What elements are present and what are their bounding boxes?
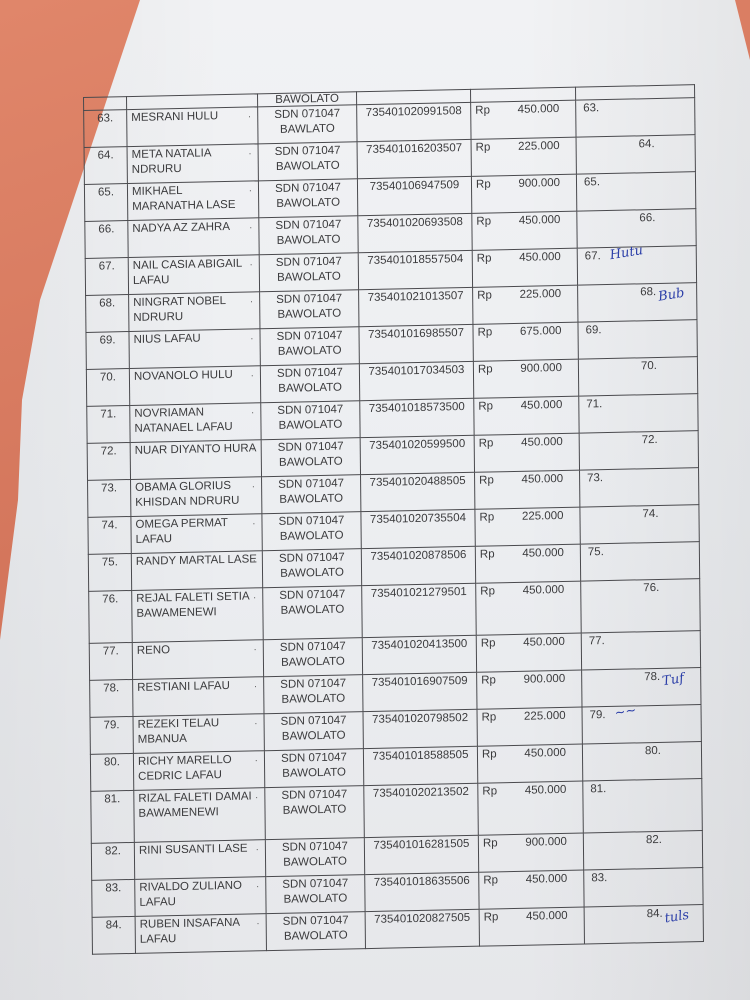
cell-no: 69. [86,332,129,370]
cell-account: 735401017034503 [359,361,473,400]
school-location: BAWOLATO [271,928,361,945]
signature-number: 81. [587,782,606,797]
cell-no: 79. [90,716,133,754]
signature-number: 77. [586,634,605,649]
cell-name: NAIL CASIA ABIGAIL LAFAU· [128,255,259,295]
student-name: NOVRIAMAN NATANAEL LAFAU [134,406,233,434]
amount-value: 225.000 [502,139,560,155]
signature-number: 80. [587,744,661,761]
cell-account: 73540106947509 [357,176,471,215]
school-location: BAWOLATO [267,565,357,582]
currency-label: Rp [482,710,508,726]
cell-school: SDN 071047BAWOLATO [261,401,360,440]
cell-account: 735401020488505 [361,472,475,511]
cell-no: 66. [85,221,128,259]
cell-name: RUBEN INSAFANA LAFAU· [135,914,266,954]
signature-number: 84. [589,907,663,924]
signature-number: 68. [582,285,656,302]
signature-number: 75. [585,545,604,560]
cell-signature: 72. [579,431,698,470]
cell-school: SDN 071047BAWOLATO [259,253,358,292]
cell-account: 735401020991508 [357,102,471,141]
cell-name: RENO· [132,640,263,680]
student-name: RIVALDO ZULIANO LAFAU [139,880,242,909]
signature-number: 65. [581,175,600,190]
cell-amount: Rp225.000 [473,285,578,324]
student-name: NADYA AZ ZAHRA [132,221,230,235]
cell-name: MIKHAEL MARANATHA LASE· [127,181,258,221]
amount-value: 450.000 [508,783,566,799]
cell-signature: 81. [583,779,703,833]
cell-signature: 73. [580,468,699,507]
school-location: BAWOLATO [266,454,356,471]
mark-dot: · [255,753,259,768]
cell-school: SDN 071047BAWOLATO [265,838,364,877]
cell-name: NOVANOLO HULU· [129,366,260,406]
signature-number: 67. [582,249,601,264]
amount-value: 450.000 [507,635,565,651]
cell-no: 73. [88,480,131,518]
cell-no: 77. [89,642,132,680]
cell-school: SDN 071047BAWOLATO [263,638,362,677]
cell-account: 735401020693508 [358,213,472,252]
currency-label: Rp [477,325,503,341]
mark-dot: · [249,220,253,235]
cell-school: SDN 071047BAWLATO [258,105,357,144]
amount-value: 450.000 [506,546,564,562]
mark-dot: · [251,368,255,383]
student-name: RINI SUSANTI LASE [139,843,248,857]
cell-name: OMEGA PERMAT LAFAU· [131,514,262,554]
amount-value: 450.000 [504,398,562,414]
student-name: META NATALIA NDRURU [132,147,211,176]
cell-amount: Rp450.000 [476,581,582,635]
roster-table-container: BAWOLATO 63.MESRANI HULU·SDN 071047BAWLA… [83,84,704,955]
school-location: BAWOLATO [263,232,353,249]
cell-school: SDN 071047BAWOLATO [258,179,357,218]
student-name: RESTIANI LAFAU [137,680,230,694]
cell-school: SDN 071047BAWOLATO [262,512,361,551]
school-location: BAWOLATO [263,158,353,175]
student-name: MESRANI HULU [131,110,218,124]
signature-number: 72. [584,433,658,450]
mark-dot: · [250,294,254,309]
student-name: OMEGA PERMAT LAFAU [135,517,227,546]
cell-no: 78. [90,679,133,717]
cell-amount: Rp450.000 [479,870,584,909]
cell-name: NIUS LAFAU· [129,329,260,369]
signature-number: 79. [587,708,606,723]
cell-account: 735401016985507 [359,324,473,363]
cell-name: RIZAL FALETI DAMAI BAWAMENEWI· [134,788,266,843]
amount-value: 900.000 [504,361,562,377]
school-location: BAWOLATO [268,654,358,671]
amount-value: 225.000 [508,709,566,725]
student-name: NUAR DIYANTO HURA [135,442,257,457]
amount-value: 900.000 [502,176,560,192]
cell-account: 735401016907509 [363,672,477,711]
cell-no: 83. [92,879,135,917]
cell-signature: 82. [583,831,702,870]
signature-number: 66. [581,211,655,228]
cell-signature: 65. [576,172,695,211]
cell-no: 82. [91,842,134,880]
currency-label: Rp [476,214,502,230]
school-location: BAWOLATO [265,417,355,434]
school-location: BAWOLATO [265,380,355,397]
handwritten-signature: tuls [664,908,690,927]
cell-school: SDN 071047BAWOLATO [266,875,365,914]
cell-name: RINI SUSANTI LASE· [134,840,265,880]
signature-number: 70. [583,359,657,376]
student-name: REJAL FALETI SETIA BAWAMENEWI [136,591,249,620]
mark-dot: · [252,479,256,494]
cell-school: SDN 071047BAWOLATO [260,290,359,329]
cell-account: 735401021013507 [359,287,473,326]
cell-account: 735401018635506 [365,872,479,911]
amount-value: 900.000 [509,835,567,851]
cell-account: 735401020798502 [363,709,477,748]
cell-school: SDN 071047BAWOLATO [266,912,365,951]
cell-signature: 84.tuls [584,905,703,944]
currency-label: Rp [481,636,507,652]
signature-number: 74. [584,507,658,524]
cell-no: 71. [87,406,130,444]
cell-amount: Rp900.000 [473,359,578,398]
mark-dot: · [251,442,255,457]
cell-amount: Rp900.000 [471,174,576,213]
cell-name: RICHY MARELLO CEDRIC LAFAU· [133,751,264,791]
amount-value: 450.000 [503,250,561,266]
mark-dot: · [256,842,260,857]
student-name: RENO [137,644,170,657]
cell-no: 72. [87,443,130,481]
cell-amount: Rp675.000 [473,322,578,361]
currency-label: Rp [483,836,509,852]
signature-number: 71. [583,397,602,412]
school-location: BAWOLATO [264,269,354,286]
school-location: BAWOLATO [269,728,359,745]
cell-amount: Rp450.000 [475,544,580,583]
mark-dot: · [248,109,252,124]
cell-no: 84. [92,916,135,954]
mark-dot: · [255,790,259,805]
cell-no: 76. [89,590,133,643]
cell-account: 735401018573500 [360,398,474,437]
cell-account: 735401016203507 [357,139,471,178]
student-name: NAIL CASIA ABIGAIL LAFAU [133,258,242,287]
cell-school: SDN 071047BAWOLATO [262,475,361,514]
school-location: BAWOLATO [267,602,357,619]
cell-school: SDN 071047BAWOLATO [264,712,363,751]
school-location: BAWOLATO [269,765,359,782]
signature-number: 83. [588,871,607,886]
cell-amount: Rp450.000 [474,396,579,435]
amount-value: 450.000 [509,872,567,888]
signature-number: 69. [582,323,601,338]
cell-amount: Rp450.000 [477,744,582,783]
school-location: BAWOLATO [267,528,357,545]
cell-school: SDN 071047BAWOLATO [261,438,360,477]
student-name: RANDY MARTAL LASE [136,553,257,568]
amount-value: 450.000 [508,746,566,762]
mark-dot: · [252,516,256,531]
cell-name: REZEKI TELAU MBANUA· [133,714,264,754]
signature-number: 82. [588,833,662,850]
amount-value: 225.000 [505,509,563,525]
cell-amount: Rp900.000 [477,670,582,709]
cell-signature: 69. [578,320,697,359]
student-name: OBAMA GLORIUS KHISDAN NDRURU [135,480,239,509]
signature-number: 63. [580,101,599,116]
mark-dot: · [251,405,255,420]
cell-no: 70. [86,369,129,407]
cell-signature: 67.Hutu [577,246,696,285]
cell-signature: 77. [581,631,700,670]
cell-school: SDN 071047BAWOLATO [258,142,357,181]
currency-label: Rp [476,140,502,156]
currency-label: Rp [482,747,508,763]
school-location: BAWOLATO [265,343,355,360]
cell-signature: 74. [580,505,699,544]
cell-name: RIVALDO ZULIANO LAFAU· [135,877,266,917]
currency-label: Rp [483,873,509,889]
amount-value: 450.000 [505,472,563,488]
mark-dot: · [248,146,252,161]
cell-amount: Rp450.000 [476,633,581,672]
cell-no: 65. [84,184,127,222]
cell-amount: Rp450.000 [475,470,580,509]
currency-label: Rp [481,673,507,689]
cell-account: 735401018557504 [358,250,472,289]
cell-no: 80. [90,753,133,791]
cell-name: NADYA AZ ZAHRA· [128,218,259,258]
cell-name: REJAL FALETI SETIA BAWAMENEWI· [132,588,264,643]
cell-account: 735401020213502 [364,783,479,837]
cell-signature: 63. [576,98,695,137]
cell-signature: 70. [578,357,697,396]
currency-label: Rp [477,251,503,267]
cell-amount: Rp450.000 [472,211,577,250]
student-name: RUBEN INSAFANA LAFAU [140,917,240,946]
cell-account: 735401021279501 [362,583,477,637]
cell-no: 64. [84,147,127,185]
cell-no: 68. [86,295,129,333]
cell-no [84,97,127,111]
school-location: BAWOLATO [263,195,353,212]
cell-account: 735401020827505 [365,909,479,948]
cell-amount: Rp225.000 [471,137,576,176]
cell-school: SDN 071047BAWOLATO [263,586,363,640]
school-location: BAWOLATO [270,891,360,908]
signature-number: 78. [586,670,660,687]
amount-value: 225.000 [503,287,561,303]
cell-name: META NATALIA NDRURU· [127,144,258,184]
school-location: BAWOLATO [270,854,360,871]
cell-school: SDN 071047BAWOLATO [259,216,358,255]
currency-label: Rp [479,510,505,526]
amount-value: 450.000 [505,435,563,451]
cell-account: 735401018588505 [363,746,477,785]
currency-label: Rp [476,177,502,193]
currency-label: Rp [480,584,506,600]
cell-signature: 71. [579,394,698,433]
mark-dot: · [256,916,260,931]
amount-value: 450.000 [502,213,560,229]
cell-signature: 79.~~ [582,705,701,744]
cell-signature: 75. [580,542,699,581]
currency-label: Rp [484,910,510,926]
amount-value: 450.000 [501,102,559,118]
cell-signature: 76. [581,579,701,633]
cell-no: 74. [88,516,131,554]
cell-name: MESRANI HULU· [127,107,258,147]
cell-amount: Rp225.000 [475,507,580,546]
signature-number: 64. [581,137,655,154]
student-name: RICHY MARELLO CEDRIC LAFAU [138,754,232,783]
cell-amount: Rp450.000 [474,433,579,472]
recipient-roster-table: BAWOLATO 63.MESRANI HULU·SDN 071047BAWLA… [83,84,704,955]
amount-value: 900.000 [507,672,565,688]
currency-label: Rp [479,436,505,452]
cell-account: 735401020735504 [361,509,475,548]
handwritten-signature: Tuf [661,671,685,689]
cell-no: 67. [85,258,128,296]
cell-amount: Rp450.000 [472,248,577,287]
cell-account: 735401020878506 [361,546,475,585]
cell-amount: Rp225.000 [477,707,582,746]
cell-signature: 83. [584,868,703,907]
signature-number: 76. [585,581,659,598]
currency-label: Rp [475,103,501,119]
cell-school: SDN 071047BAWOLATO [260,327,359,366]
mark-dot: · [253,642,257,657]
cell-signature: 80. [582,742,701,781]
school-name: SDN 071047 [262,106,352,123]
handwritten-signature: Bub [657,286,685,305]
mark-dot: · [256,879,260,894]
mark-dot: · [249,183,253,198]
cell-signature: 64. [576,135,695,174]
cell-name: NUAR DIYANTO HURA· [130,440,261,480]
cell-amount: Rp450.000 [478,781,584,835]
cell-school: SDN 071047BAWOLATO [264,749,363,788]
signature-number: 73. [584,471,603,486]
student-name: NOVANOLO HULU [134,369,233,383]
mark-dot: · [249,257,253,272]
student-name: RIZAL FALETI DAMAI BAWAMENEWI [138,790,251,819]
handwritten-signature: ~~ [614,703,638,721]
cell-account: 735401016281505 [364,835,478,874]
currency-label: Rp [482,784,508,800]
student-name: REZEKI TELAU MBANUA [138,717,220,746]
cell-school: SDN 071047BAWOLATO [264,675,363,714]
cell-signature: 68.Bub [578,283,697,322]
amount-value: 450.000 [510,909,568,925]
cell-signature: 78.Tuf [582,668,701,707]
student-name: MIKHAEL MARANATHA LASE [132,185,236,213]
mark-dot: · [252,553,256,568]
currency-label: Rp [479,473,505,489]
mark-dot: · [254,679,258,694]
student-name: NIUS LAFAU [133,333,200,346]
cell-name: RESTIANI LAFAU· [133,677,264,717]
cell-school: SDN 071047BAWOLATO [262,549,361,588]
cell-signature: 66. [577,209,696,248]
school-location: BAWOLATO [266,491,356,508]
school-location: BAWOLATO [269,802,359,819]
cell-amount: Rp450.000 [479,907,584,946]
mark-dot: · [250,331,254,346]
school-location: BAWLATO [262,121,352,138]
cell-no: 75. [88,553,131,591]
cell-amount: Rp450.000 [471,100,576,139]
student-name: NINGRAT NOBEL NDRURU [133,295,226,324]
school-location: BAWOLATO [264,306,354,323]
currency-label: Rp [478,362,504,378]
amount-value: 450.000 [506,583,564,599]
cell-no: 81. [91,790,135,843]
cell-account: 735401020599500 [360,435,474,474]
cell-name: OBAMA GLORIUS KHISDAN NDRURU· [131,477,262,517]
cell-school: SDN 071047BAWOLATO [265,786,365,840]
cell-name: RANDY MARTAL LASE· [131,551,262,591]
cell-amount: Rp900.000 [478,833,583,872]
currency-label: Rp [478,399,504,415]
amount-value: 675.000 [503,324,561,340]
cell-school: SDN 071047BAWOLATO [260,364,359,403]
currency-label: Rp [480,547,506,563]
cell-name: NINGRAT NOBEL NDRURU· [129,292,260,332]
school-location: BAWOLATO [268,691,358,708]
mark-dot: · [253,590,257,605]
currency-label: Rp [477,288,503,304]
cell-no: 63. [84,110,127,148]
cell-account: 735401020413500 [362,635,476,674]
mark-dot: · [254,716,258,731]
cell-name: NOVRIAMAN NATANAEL LAFAU· [130,403,261,443]
